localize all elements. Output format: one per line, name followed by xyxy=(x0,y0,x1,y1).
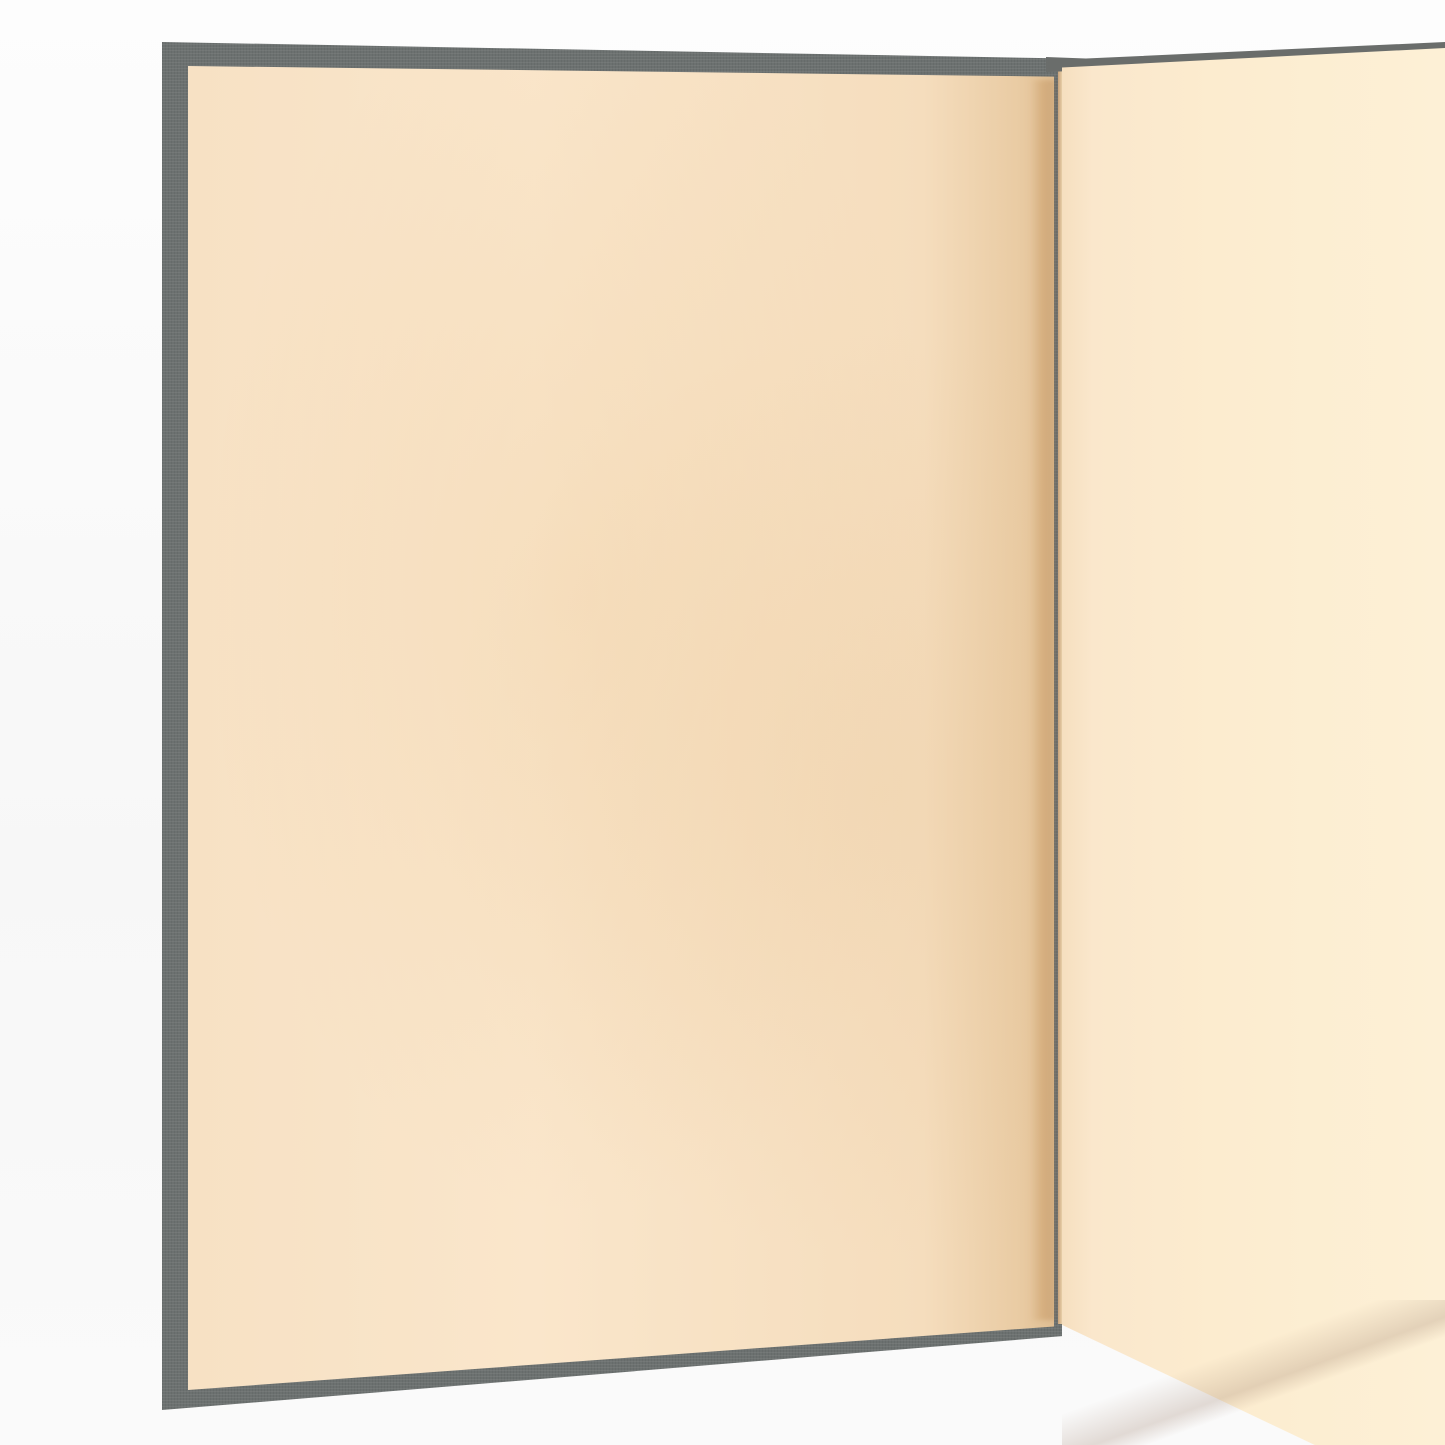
book-photo-scene xyxy=(0,0,1445,1445)
page-shadow xyxy=(1062,1300,1445,1445)
spine-fold xyxy=(1058,64,1062,1324)
gutter-stain xyxy=(1030,80,1060,1320)
left-endpaper xyxy=(188,66,1054,1390)
right-endpaper xyxy=(1062,48,1445,1445)
